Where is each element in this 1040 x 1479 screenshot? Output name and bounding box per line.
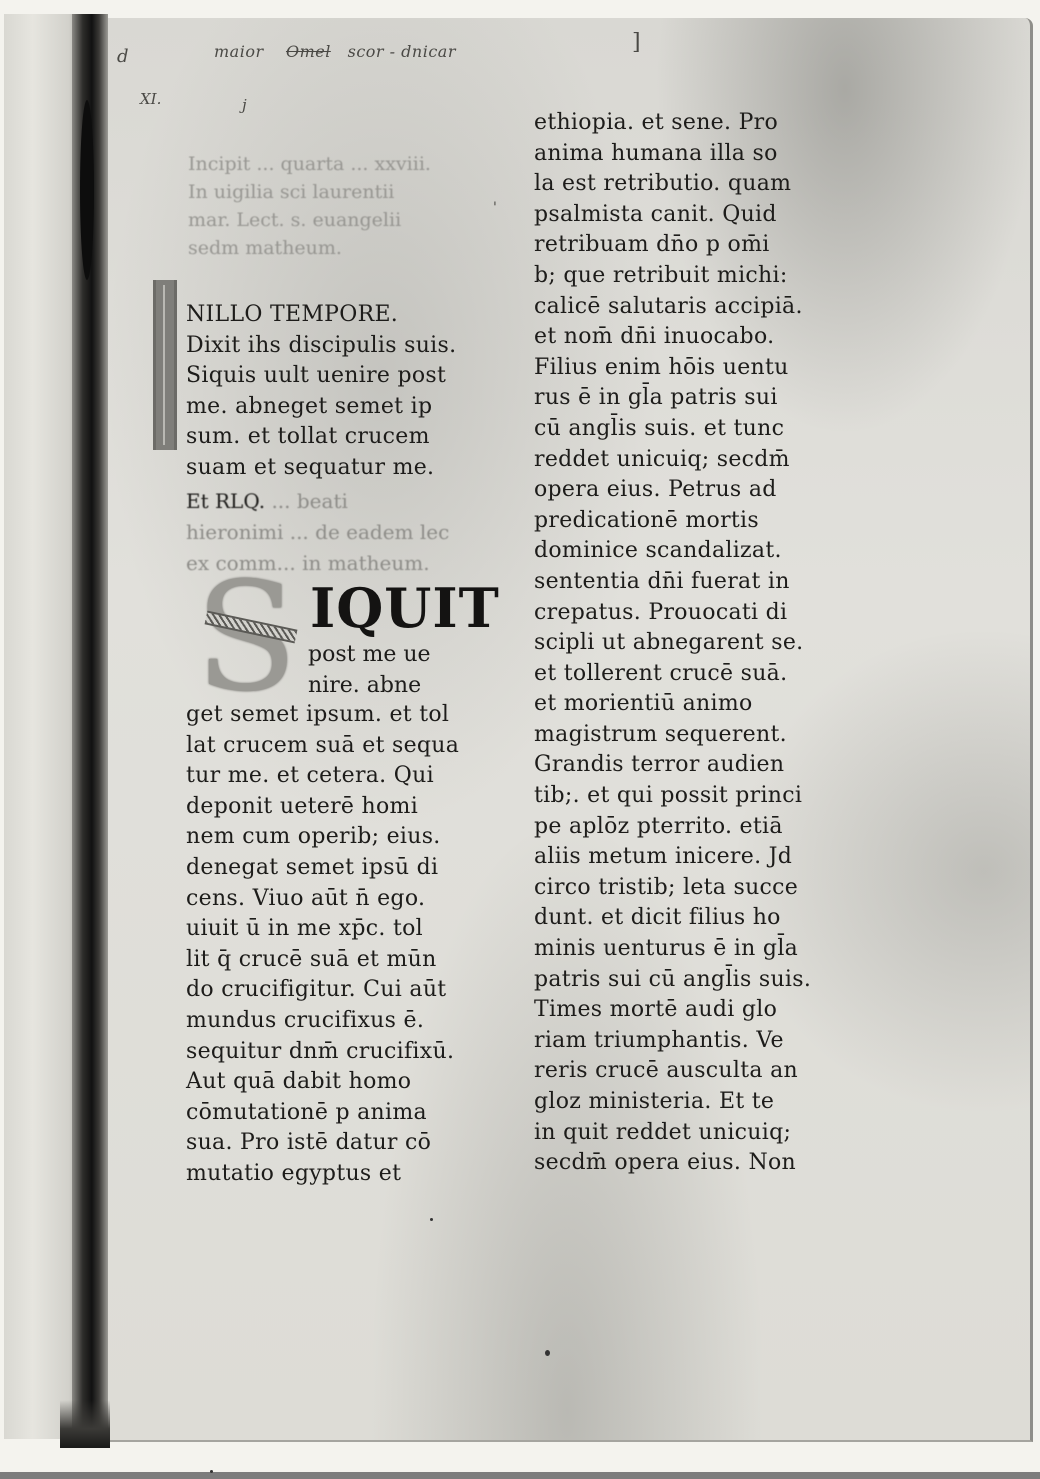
- text-line: me. abneget semet ip: [186, 392, 486, 423]
- faded-rubric: Incipit ... quarta ... xxviii. In uigili…: [188, 150, 431, 262]
- text-line: deponit ueterē homi: [186, 792, 459, 823]
- text-line: cens. Viuo aūt n̄ ego.: [186, 884, 459, 915]
- text-line: do crucifigitur. Cui aūt: [186, 975, 459, 1006]
- text-line: riam triumphantis. Ve: [534, 1026, 834, 1057]
- text-line: get semet ipsum. et tol: [186, 700, 459, 731]
- text-line: et nom̄ dn̄i inuocabo.: [534, 322, 834, 353]
- text-line: suam et sequatur me.: [186, 453, 486, 484]
- gutter-foot-shadow: [60, 1400, 110, 1448]
- text-line: predicationē mortis: [534, 506, 834, 537]
- text-line: reris crucē ausculta an: [534, 1056, 834, 1087]
- text-line: uiuit ū in me xp̄c. tol: [186, 914, 459, 945]
- text-line: denegat semet ipsū di: [186, 853, 459, 884]
- text-line: in quit reddet unicuiq;: [534, 1118, 834, 1149]
- text-line: dunt. et dicit filius ho: [534, 903, 834, 934]
- text-line: sententia dn̄i fuerat in: [534, 567, 834, 598]
- left-column-gospel: NILLO TEMPORE. Dixit ihs discipulis suis…: [186, 300, 486, 484]
- text-line: magistrum sequerent.: [534, 720, 834, 751]
- text-line: sequitur dnm̄ crucifixū.: [186, 1037, 459, 1068]
- tick-mark: ': [493, 200, 497, 216]
- header-struck-word: Omel: [286, 42, 331, 61]
- ink-speck: [545, 1350, 550, 1356]
- text-line: la est retributio. quam: [534, 169, 834, 200]
- text-line: minis uenturus ē in gl̄a: [534, 934, 834, 965]
- rubric-line: hieronimi ... de eadem lec: [186, 517, 449, 548]
- text-line: Filius enim hōis uentu: [534, 353, 834, 384]
- text-line: cōmutationē p anima: [186, 1098, 459, 1129]
- text-line: cū angl̄is suis. et tunc: [534, 414, 834, 445]
- text-line: post me ue: [308, 640, 431, 671]
- header-word: maior: [214, 42, 264, 61]
- text-line: mutatio egyptus et: [186, 1159, 459, 1190]
- text-line: dominice scandalizat.: [534, 536, 834, 567]
- left-column-homily: get semet ipsum. et tol lat crucem suā e…: [186, 700, 459, 1190]
- small-mark: j: [242, 96, 247, 114]
- text-line: calicē salutaris accipiā.: [534, 292, 834, 323]
- text-line: nire. abne: [308, 671, 431, 702]
- text-line: anima humana illa so: [534, 139, 834, 170]
- text-line: scipli ut abnegarent se.: [534, 628, 834, 659]
- facing-page-fragment: [4, 14, 76, 1439]
- ink-speck: [430, 1218, 433, 1221]
- text-line: lat crucem suā et sequa: [186, 731, 459, 762]
- text-line: patris sui cū angl̄is suis.: [534, 965, 834, 996]
- ink-speck: [210, 1470, 213, 1473]
- text-line: tib;. et qui possit princi: [534, 781, 834, 812]
- text-line: pe aplōz pterrito. etiā: [534, 812, 834, 843]
- text-line: gloz ministeria. Et te: [534, 1087, 834, 1118]
- text-line: Siquis uult uenire post: [186, 361, 486, 392]
- gutter-tear: [80, 100, 94, 280]
- rubric-line: In uigilia sci laurentii: [188, 178, 431, 206]
- text-line: secdm̄ opera eius. Non: [534, 1148, 834, 1179]
- text-line: retribuam dn̄o p om̄i: [534, 230, 834, 261]
- header-bracket: ]: [632, 30, 641, 55]
- rubric-line: mar. Lect. s. euangelii: [188, 206, 431, 234]
- text-line: Dixit ihs discipulis suis.: [186, 331, 486, 362]
- text-line: opera eius. Petrus ad: [534, 475, 834, 506]
- initial-i-decorated: [153, 280, 177, 450]
- text-line: NILLO TEMPORE.: [186, 300, 486, 331]
- header-annotation: maior Omel scor - dnicar: [214, 42, 456, 61]
- rubric-line: ... beati: [265, 489, 348, 513]
- header-continued: scor - dnicar: [348, 42, 456, 61]
- text-line: tur me. et cetera. Qui: [186, 761, 459, 792]
- text-line: lit q̄ crucē suā et mūn: [186, 945, 459, 976]
- rubric-line: Incipit ... quarta ... xxviii.: [188, 150, 431, 178]
- photo-bottom-edge: [0, 1472, 1040, 1479]
- text-line: nem cum operib; eius.: [186, 822, 459, 853]
- right-column: ethiopia. et sene. Pro anima humana illa…: [534, 108, 834, 1179]
- text-line: circo tristib; leta succe: [534, 873, 834, 904]
- text-line: et tollerent crucē suā.: [534, 659, 834, 690]
- lines-beside-initial: post me ue nire. abne: [308, 640, 431, 701]
- text-line: Grandis terror audien: [534, 750, 834, 781]
- text-line: sua. Pro istē datur cō: [186, 1128, 459, 1159]
- text-line: rus ē in gl̄a patris sui: [534, 383, 834, 414]
- folio-mark: XI.: [140, 90, 161, 108]
- text-line: Times mortē audi glo: [534, 995, 834, 1026]
- marginal-letter: d: [117, 46, 129, 67]
- text-line: psalmista canit. Quid: [534, 200, 834, 231]
- text-line: Aut quā dabit homo: [186, 1067, 459, 1098]
- text-line: sum. et tollat crucem: [186, 422, 486, 453]
- text-line: mundus crucifixus ē.: [186, 1006, 459, 1037]
- rubric-line: sedm matheum.: [188, 234, 431, 262]
- rubric-et-reliqua: Et RLQ.: [186, 489, 265, 513]
- text-line: reddet unicuiq; secdm̄: [534, 445, 834, 476]
- text-line: aliis metum inicere. Jd: [534, 842, 834, 873]
- text-line: b; que retribuit michi:: [534, 261, 834, 292]
- text-line: ethiopia. et sene. Pro: [534, 108, 834, 139]
- display-capitals: IQUIT: [310, 578, 500, 638]
- text-line: et morientiū animo: [534, 689, 834, 720]
- text-line: crepatus. Prouocati di: [534, 598, 834, 629]
